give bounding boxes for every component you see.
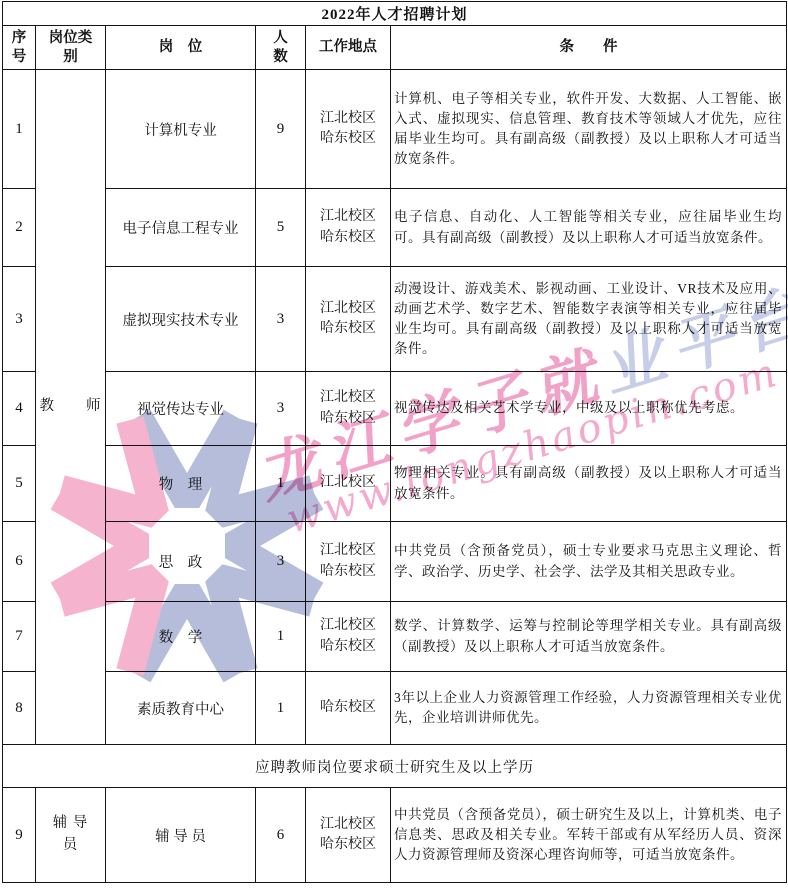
position-cell: 视觉传达专业 xyxy=(106,372,256,446)
category-cell-teacher: 教 师 xyxy=(36,70,106,745)
column-header-category: 岗位类 别 xyxy=(36,26,106,70)
recruitment-table: 2022年人才招聘计划 序 号 岗位类 别 岗 位 人 数 工作地点 条 件 1… xyxy=(2,1,787,883)
position-cell: 思 政 xyxy=(106,522,256,602)
table-row: 6 思 政 3 江北校区 哈东校区 中共党员（含预备党员），硕士专业要求马克思主… xyxy=(3,522,787,602)
category-cell-counselor: 辅 导 员 xyxy=(36,788,106,883)
condition-cell: 中共党员（含预备党员），硕士研究生及以上，计算机类、电子信息类、思政及相关专业。… xyxy=(391,788,787,883)
table-row: 5 物 理 1 江北校区 物理相关专业。具有副高级（副教授）及以上职称人才可适当… xyxy=(3,446,787,522)
column-header-position: 岗 位 xyxy=(106,26,256,70)
table-row: 9 辅 导 员 辅 导 员 6 江北校区 哈东校区 中共党员（含预备党员），硕士… xyxy=(3,788,787,883)
column-header-condition: 条 件 xyxy=(391,26,787,70)
title-row: 2022年人才招聘计划 xyxy=(3,2,787,26)
location-cell: 江北校区 哈东校区 xyxy=(306,70,391,189)
location-cell: 江北校区 xyxy=(306,446,391,522)
condition-cell: 物理相关专业。具有副高级（副教授）及以上职称人才可适当放宽条件。 xyxy=(391,446,787,522)
location-cell: 江北校区 哈东校区 xyxy=(306,189,391,267)
count-cell: 1 xyxy=(256,602,306,672)
row-no: 6 xyxy=(3,522,36,602)
location-cell: 江北校区 哈东校区 xyxy=(306,602,391,672)
row-no: 4 xyxy=(3,372,36,446)
position-cell: 数 学 xyxy=(106,602,256,672)
row-no: 7 xyxy=(3,602,36,672)
note-row: 应聘教师岗位要求硕士研究生及以上学历 xyxy=(3,745,787,788)
count-cell: 1 xyxy=(256,446,306,522)
count-cell: 3 xyxy=(256,522,306,602)
location-cell: 江北校区 哈东校区 xyxy=(306,788,391,883)
table-row: 4 视觉传达专业 3 江北校区 哈东校区 视觉传达及相关艺术学专业，中级及以上职… xyxy=(3,372,787,446)
table-row: 7 数 学 1 江北校区 哈东校区 数学、计算数学、运筹与控制论等理学相关专业。… xyxy=(3,602,787,672)
scanned-recruitment-table: 2022年人才招聘计划 序 号 岗位类 别 岗 位 人 数 工作地点 条 件 1… xyxy=(0,0,788,888)
position-cell: 物 理 xyxy=(106,446,256,522)
location-cell: 江北校区 哈东校区 xyxy=(306,522,391,602)
position-cell: 虚拟现实技术专业 xyxy=(106,267,256,372)
condition-cell: 数学、计算数学、运筹与控制论等理学相关专业。具有副高级（副教授）及以上职称人才可… xyxy=(391,602,787,672)
row-no: 2 xyxy=(3,189,36,267)
condition-cell: 电子信息、自动化、人工智能等相关专业，应往届毕业生均可。具有副高级（副教授）及以… xyxy=(391,189,787,267)
condition-cell: 动漫设计、游戏美术、影视动画、工业设计、VR技术及应用、动画艺术学、数字艺术、智… xyxy=(391,267,787,372)
position-cell: 素质教育中心 xyxy=(106,672,256,745)
table-row: 3 虚拟现实技术专业 3 江北校区 哈东校区 动漫设计、游戏美术、影视动画、工业… xyxy=(3,267,787,372)
column-header-count: 人 数 xyxy=(256,26,306,70)
row-no: 5 xyxy=(3,446,36,522)
condition-cell: 3年以上企业人力资源管理工作经验，人力资源管理相关专业优先，企业培训讲师优先。 xyxy=(391,672,787,745)
count-cell: 3 xyxy=(256,267,306,372)
condition-cell: 计算机、电子等相关专业，软件开发、大数据、人工智能、嵌入式、虚拟现实、信息管理、… xyxy=(391,70,787,189)
row-no: 8 xyxy=(3,672,36,745)
count-cell: 3 xyxy=(256,372,306,446)
teacher-requirement-note: 应聘教师岗位要求硕士研究生及以上学历 xyxy=(3,745,787,788)
count-cell: 6 xyxy=(256,788,306,883)
condition-cell: 视觉传达及相关艺术学专业，中级及以上职称优先考虑。 xyxy=(391,372,787,446)
table-row: 8 素质教育中心 1 哈东校区 3年以上企业人力资源管理工作经验，人力资源管理相… xyxy=(3,672,787,745)
table-row: 2 电子信息工程专业 5 江北校区 哈东校区 电子信息、自动化、人工智能等相关专… xyxy=(3,189,787,267)
count-cell: 1 xyxy=(256,672,306,745)
location-cell: 江北校区 哈东校区 xyxy=(306,267,391,372)
position-cell: 计算机专业 xyxy=(106,70,256,189)
location-cell: 哈东校区 xyxy=(306,672,391,745)
row-no: 9 xyxy=(3,788,36,883)
position-cell: 电子信息工程专业 xyxy=(106,189,256,267)
row-no: 1 xyxy=(3,70,36,189)
header-row: 序 号 岗位类 别 岗 位 人 数 工作地点 条 件 xyxy=(3,26,787,70)
count-cell: 9 xyxy=(256,70,306,189)
column-header-location: 工作地点 xyxy=(306,26,391,70)
count-cell: 5 xyxy=(256,189,306,267)
location-cell: 江北校区 哈东校区 xyxy=(306,372,391,446)
page-title: 2022年人才招聘计划 xyxy=(3,2,787,26)
condition-cell: 中共党员（含预备党员），硕士专业要求马克思主义理论、哲学、政治学、历史学、社会学… xyxy=(391,522,787,602)
table-row: 1 教 师 计算机专业 9 江北校区 哈东校区 计算机、电子等相关专业，软件开发… xyxy=(3,70,787,189)
position-cell: 辅 导 员 xyxy=(106,788,256,883)
row-no: 3 xyxy=(3,267,36,372)
column-header-no: 序 号 xyxy=(3,26,36,70)
